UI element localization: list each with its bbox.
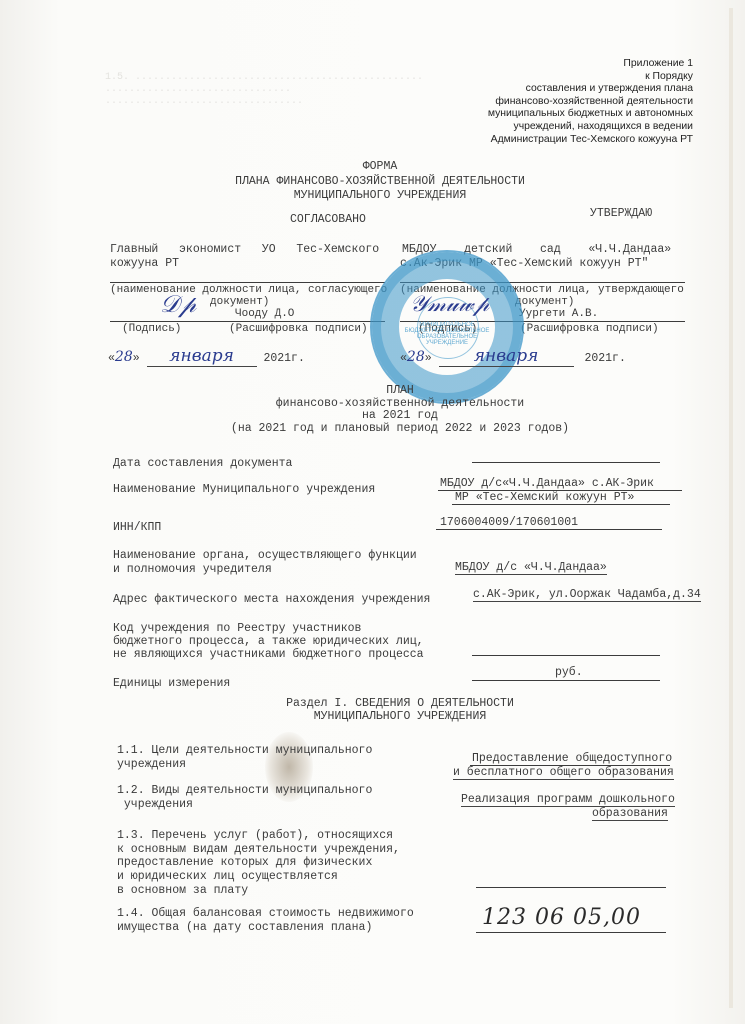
approved-date-year: 2021г. — [584, 352, 625, 365]
plan-title-line: на 2021 год — [100, 410, 700, 423]
item-1-1-label: 1.1. Цели деятельности муниципального — [117, 744, 372, 757]
appendix-note: Приложение 1 к Порядку составления и утв… — [488, 58, 693, 146]
agreed-position: Главный экономист УО Тес-Хемского — [110, 243, 379, 256]
registry-field[interactable] — [472, 655, 660, 656]
units-underline — [472, 680, 660, 681]
bleed-through-text: ............................... — [105, 84, 291, 95]
approved-date-day: 28 — [407, 349, 425, 365]
approved-header: УТВЕРЖДАЮ — [590, 207, 652, 220]
registry-label-2: бюджетного процесса, а также юридических… — [113, 635, 424, 648]
form-title-line: ПЛАНА ФИНАНСОВО-ХОЗЯЙСТВЕННОЙ ДЕЯТЕЛЬНОС… — [100, 175, 660, 190]
item-1-2-value: Реализация программ дошкольного — [461, 793, 675, 807]
bleed-through-text: ................................. — [105, 96, 303, 107]
item-1-3-label-line: в основном за плату — [117, 884, 400, 898]
item-1-3-label-line: к основным видам деятельности учреждения… — [117, 843, 400, 857]
agreed-header: СОГЛАСОВАНО — [290, 213, 366, 226]
plan-title-line: ПЛАН — [100, 385, 700, 398]
approved-name: Уургети А.В. — [519, 308, 598, 320]
institution-value-2: МР «Тес-Хемский кожуун РТ» — [455, 491, 634, 504]
item-1-2-label-2: учреждения — [117, 798, 193, 811]
item-1-4-label-2: имущества (на дату составления плана) — [117, 921, 372, 934]
appendix-line: к Порядку — [488, 71, 693, 84]
agreed-name: Чооду Д.О — [235, 308, 294, 320]
registry-label: Код учреждения по Реестру участников — [113, 622, 361, 635]
page-edge-shadow — [729, 8, 733, 1008]
agreed-position-caption: (наименование должности лица, согласующе… — [110, 284, 387, 296]
date-field[interactable] — [472, 462, 660, 463]
item-1-3-label-line: предоставление которых для физических — [117, 856, 400, 870]
founder-value: МБДОУ д/с «Ч.Ч.Дандаа» — [455, 561, 607, 575]
approved-position-caption-2: документ) — [515, 296, 574, 308]
approved-date: «28» января 2021г. — [400, 346, 626, 367]
appendix-line: составления и утверждения плана — [488, 83, 693, 96]
item-1-1-value-2: и бесплатного общего образования — [453, 766, 674, 780]
item-1-4-value: 123 06 05,00 — [482, 905, 641, 930]
item-1-1-value: Предоставление общедоступного — [472, 752, 672, 765]
founder-label-2: и полномочия учредителя — [113, 563, 272, 576]
appendix-line: муниципальных бюджетных и автономных — [488, 108, 693, 121]
plan-title-line: (на 2021 год и плановый период 2022 и 20… — [100, 423, 700, 436]
inn-underline — [436, 529, 662, 530]
item-1-3-label: 1.3. Перечень услуг (работ), относящихся… — [117, 829, 400, 898]
approved-date-month: января — [439, 346, 574, 367]
agreed-position-line — [110, 282, 385, 283]
address-label: Адрес фактического места нахождения учре… — [113, 593, 430, 606]
section-title-line: Раздел I. СВЕДЕНИЯ О ДЕЯТЕЛЬНОСТИ — [100, 697, 700, 710]
appendix-line: финансово-хозяйственной деятельности — [488, 96, 693, 109]
agreed-date-month: января — [147, 346, 257, 367]
appendix-line: учреждений, находящихся в ведении — [488, 121, 693, 134]
section-title-line: МУНИЦИПАЛЬНОГО УЧРЕЖДЕНИЯ — [100, 710, 700, 723]
institution-label: Наименование Муниципального учреждения — [113, 483, 375, 496]
agreed-signature-line — [110, 321, 385, 322]
units-label: Единицы измерения — [113, 677, 230, 690]
item-1-1-label-2: учреждения — [117, 758, 186, 771]
form-title-line: ФОРМА — [100, 160, 660, 175]
section-title: Раздел I. СВЕДЕНИЯ О ДЕЯТЕЛЬНОСТИ МУНИЦИ… — [100, 697, 700, 723]
agreed-position-line2: кожууна РТ — [110, 257, 179, 270]
address-value: с.АК-Эрик, ул.Ооржак Чадамба,д.34 — [473, 588, 701, 602]
plan-title: ПЛАН финансово-хозяйственной деятельност… — [100, 385, 700, 435]
item-1-2-label: 1.2. Виды деятельности муниципального — [117, 784, 372, 797]
date-label: Дата составления документа — [113, 457, 292, 470]
agreed-date-year: 2021г. — [263, 352, 304, 365]
institution-value: МБДОУ д/с«Ч.Ч.Дандаа» с.АК-Эрик — [440, 477, 654, 490]
item-1-4-underline — [476, 932, 666, 933]
form-title-line: МУНИЦИПАЛЬНОГО УЧРЕЖДЕНИЯ — [100, 189, 660, 204]
appendix-line: Администрации Тес-Хемского кожууна РТ — [488, 134, 693, 147]
item-1-3-label-line: и юридических лиц осуществляется — [117, 870, 400, 884]
agreed-position-caption-2: документ) — [210, 296, 269, 308]
agreed-signature: 𝒟𝓅 — [160, 290, 196, 318]
institution-underline-2 — [452, 504, 670, 505]
form-title: ФОРМА ПЛАНА ФИНАНСОВО-ХОЗЯЙСТВЕННОЙ ДЕЯТ… — [100, 160, 660, 204]
registry-label-3: не являющихся участниками бюджетного про… — [113, 648, 424, 661]
agreed-signature-caption: (Подпись) — [122, 323, 181, 335]
item-1-2-value-2: образования — [592, 807, 668, 821]
agreed-name-caption: (Расшифровка подписи) — [229, 323, 368, 335]
bleed-through-text: 1.5. ...................................… — [105, 72, 423, 83]
item-1-3-label-line: 1.3. Перечень услуг (работ), относящихся — [117, 829, 400, 843]
item-1-4-label: 1.4. Общая балансовая стоимость недвижим… — [117, 907, 414, 920]
official-stamp: МУНИЦИПАЛЬНОЕ БЮДЖЕТНОЕ ДОШКОЛЬНОЕ ОБРАЗ… — [370, 250, 524, 404]
approved-signature: 𝒴𝓂𝓊𝓌𝓅 — [410, 292, 489, 317]
stamp-text: МУНИЦИПАЛЬНОЕ БЮДЖЕТНОЕ ДОШКОЛЬНОЕ ОБРАЗ… — [402, 322, 492, 346]
units-value: руб. — [555, 666, 583, 679]
inn-value: 1706004009/170601001 — [440, 516, 578, 529]
agreed-date: «28» января 2021г. — [108, 346, 305, 367]
approved-name-caption: (Расшифровка подписи) — [520, 323, 659, 335]
agreed-date-day: 28 — [115, 349, 133, 365]
founder-label: Наименование органа, осуществляющего фун… — [113, 549, 417, 562]
inn-label: ИНН/КПП — [113, 521, 161, 534]
item-1-3-field[interactable] — [476, 887, 666, 888]
appendix-line: Приложение 1 — [488, 58, 693, 71]
